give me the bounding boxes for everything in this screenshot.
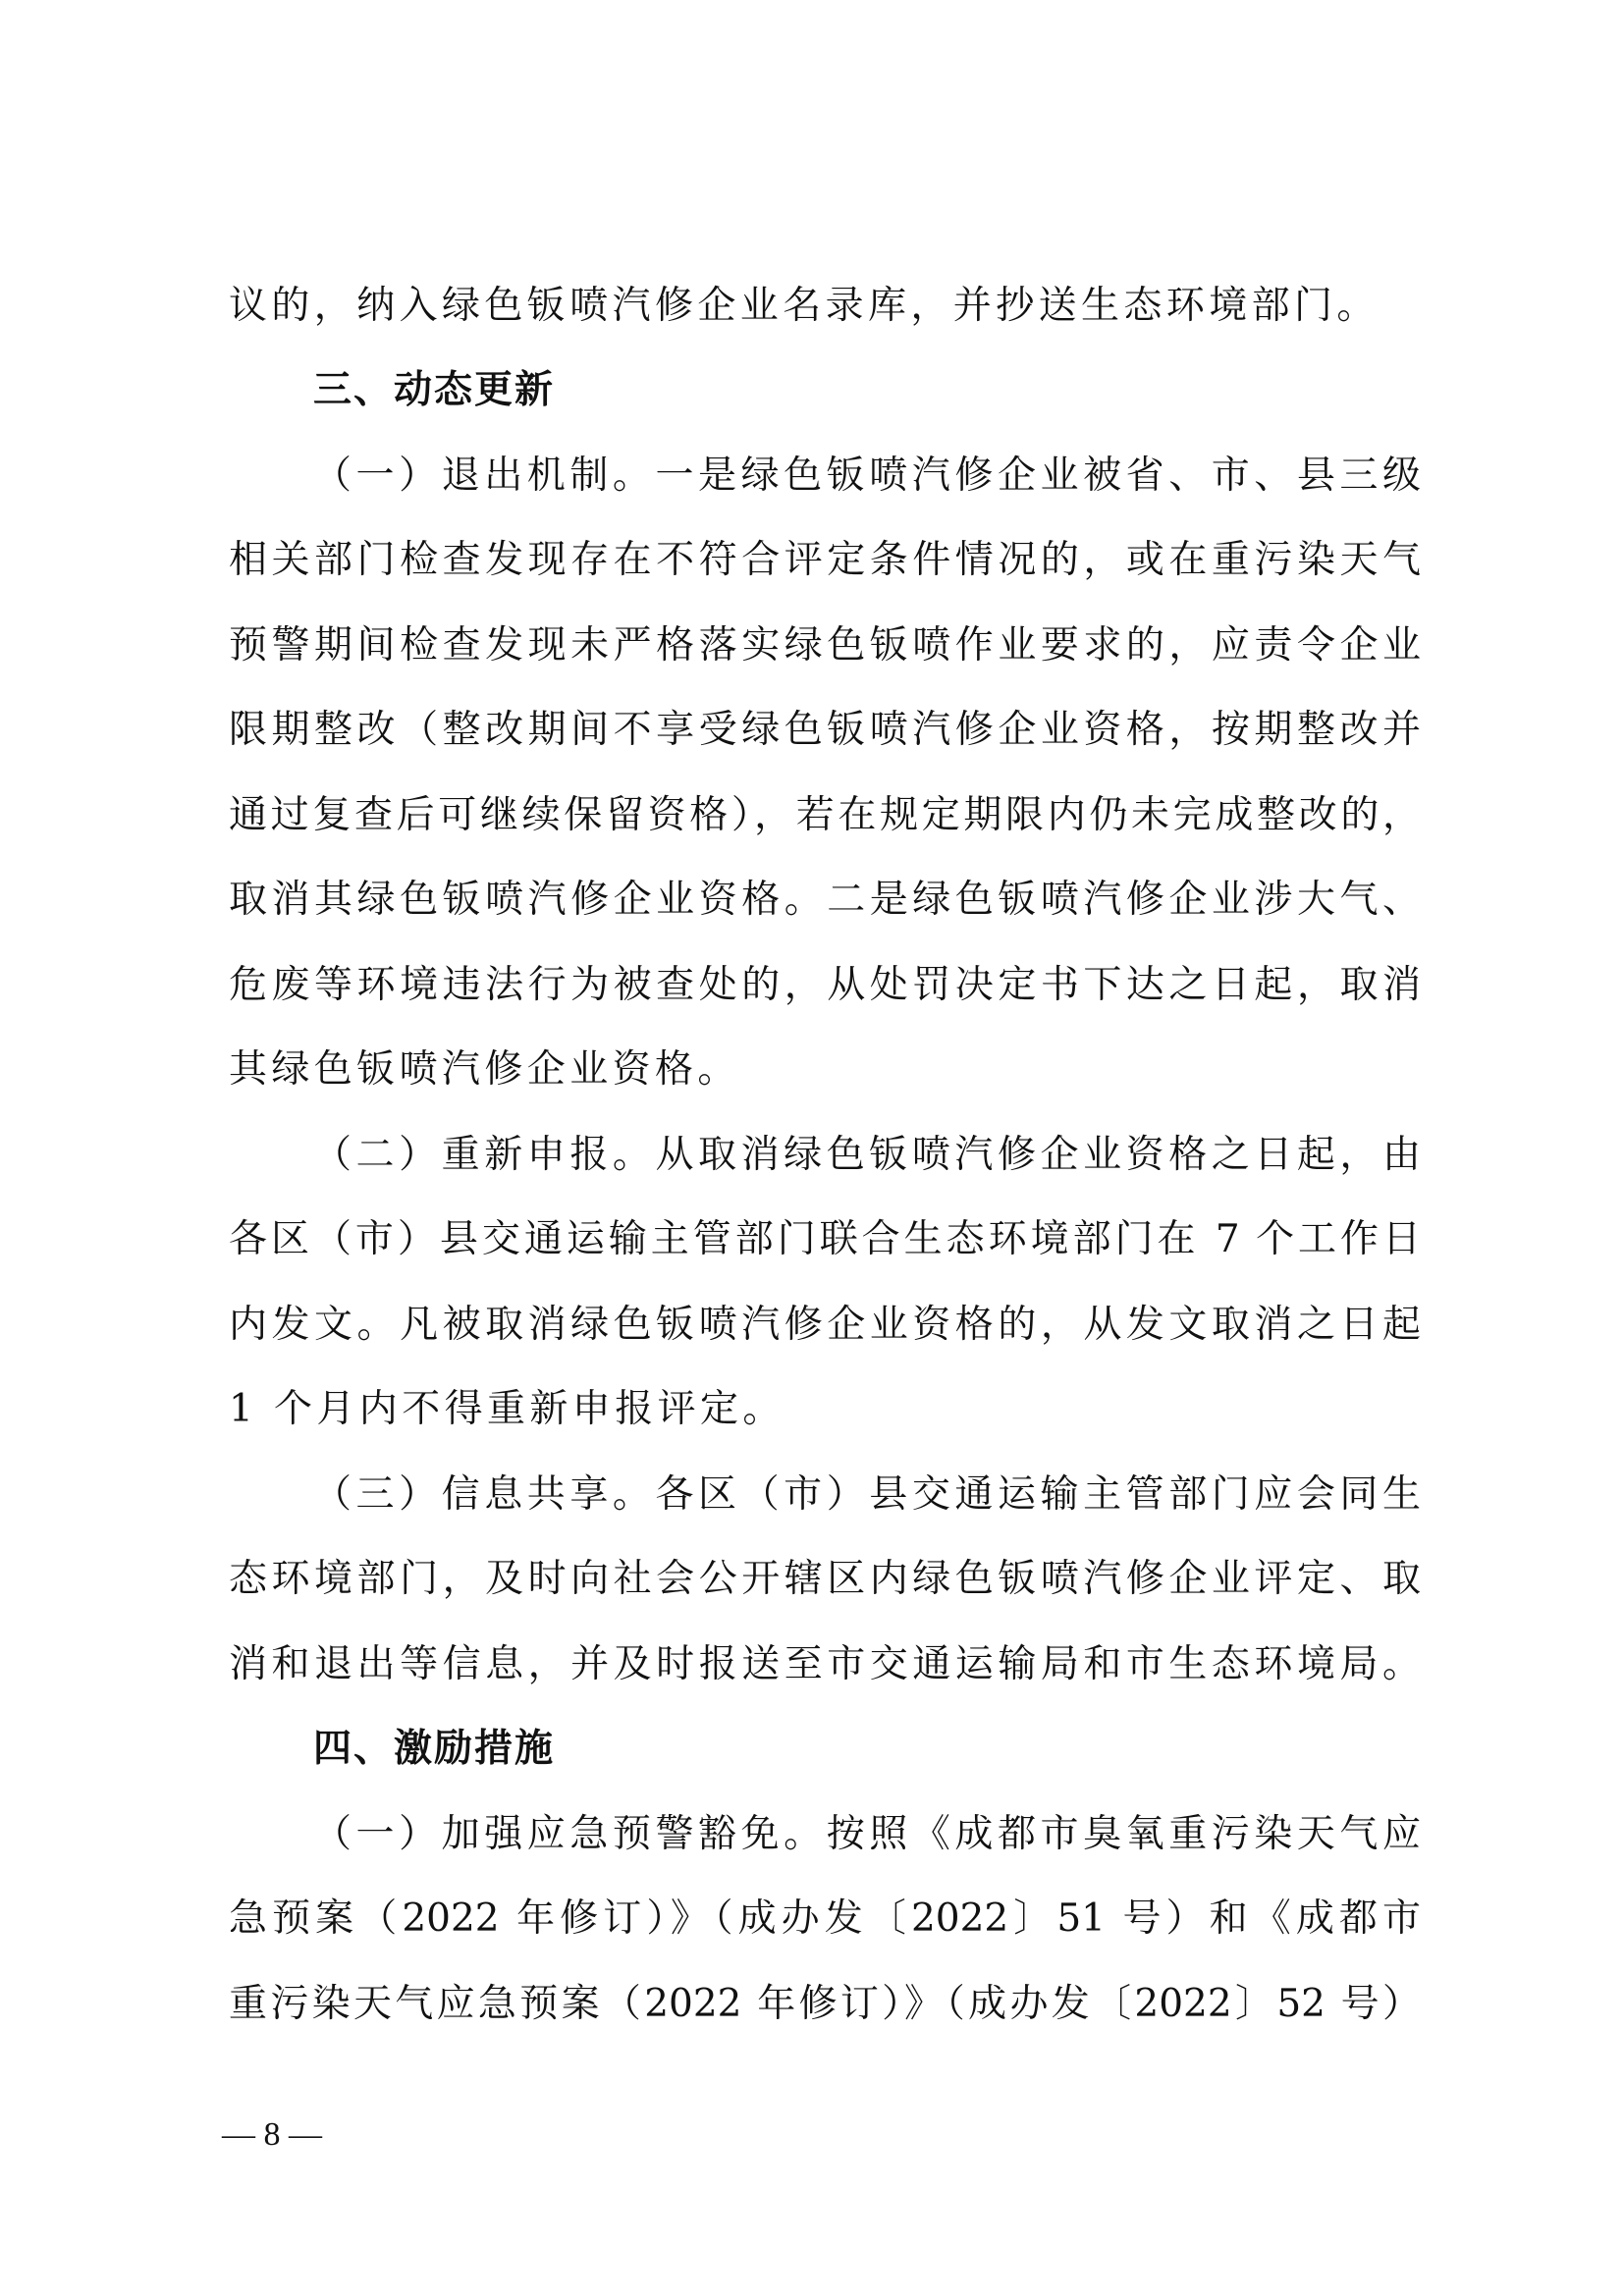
paragraph-emergency-exemption: （一）加强应急预警豁免。按照《成都市臭氧重污染天气应: [313, 1805, 1421, 1864]
body-text-line: 预警期间检查发现未严格落实绿色钣喷作业要求的，应责令企业: [229, 616, 1421, 675]
body-text-line: 各区（市）县交通运输主管部门联合生态环境部门在 7 个工作日: [229, 1210, 1421, 1269]
body-text-line: 急预案（2022 年修订）》（成办发〔2022〕51 号）和《成都市: [229, 1890, 1421, 1949]
section-heading-incentives: 四、激励措施: [313, 1720, 555, 1779]
body-text-line: 其绿色钣喷汽修企业资格。: [229, 1041, 1421, 1099]
body-text-line: 1 个月内不得重新申报评定。: [229, 1380, 1421, 1439]
paragraph-information-sharing: （三）信息共享。各区（市）县交通运输主管部门应会同生: [313, 1466, 1421, 1524]
body-text-line: 态环境部门，及时向社会公开辖区内绿色钣喷汽修企业评定、取: [229, 1550, 1421, 1609]
body-text-line: 重污染天气应急预案（2022 年修订）》（成办发〔2022〕52 号）: [229, 1975, 1421, 2034]
section-heading-dynamic-update: 三、动态更新: [313, 361, 555, 420]
body-text-line: 相关部门检查发现存在不符合评定条件情况的，或在重污染天气: [229, 531, 1421, 590]
document-page: 议的，纳入绿色钣喷汽修企业名录库，并抄送生态环境部门。 三、动态更新 （一）退出…: [0, 0, 1623, 2296]
body-text-line: 消和退出等信息，并及时报送至市交通运输局和市生态环境局。: [229, 1635, 1421, 1694]
body-text-line: 取消其绿色钣喷汽修企业资格。二是绿色钣喷汽修企业涉大气、: [229, 871, 1421, 930]
body-text-line: 议的，纳入绿色钣喷汽修企业名录库，并抄送生态环境部门。: [229, 277, 1421, 336]
page-number: — 8 —: [222, 2112, 322, 2158]
body-text-line: 内发文。凡被取消绿色钣喷汽修企业资格的，从发文取消之日起: [229, 1296, 1421, 1355]
paragraph-exit-mechanism: （一）退出机制。一是绿色钣喷汽修企业被省、市、县三级: [313, 447, 1421, 506]
body-text-line: 限期整改（整改期间不享受绿色钣喷汽修企业资格，按期整改并: [229, 701, 1421, 760]
paragraph-reapply: （二）重新申报。从取消绿色钣喷汽修企业资格之日起，由: [313, 1126, 1421, 1185]
body-text-line: 危废等环境违法行为被查处的，从处罚决定书下达之日起，取消: [229, 956, 1421, 1015]
body-text-line: 通过复查后可继续保留资格），若在规定期限内仍未完成整改的，: [229, 786, 1421, 845]
